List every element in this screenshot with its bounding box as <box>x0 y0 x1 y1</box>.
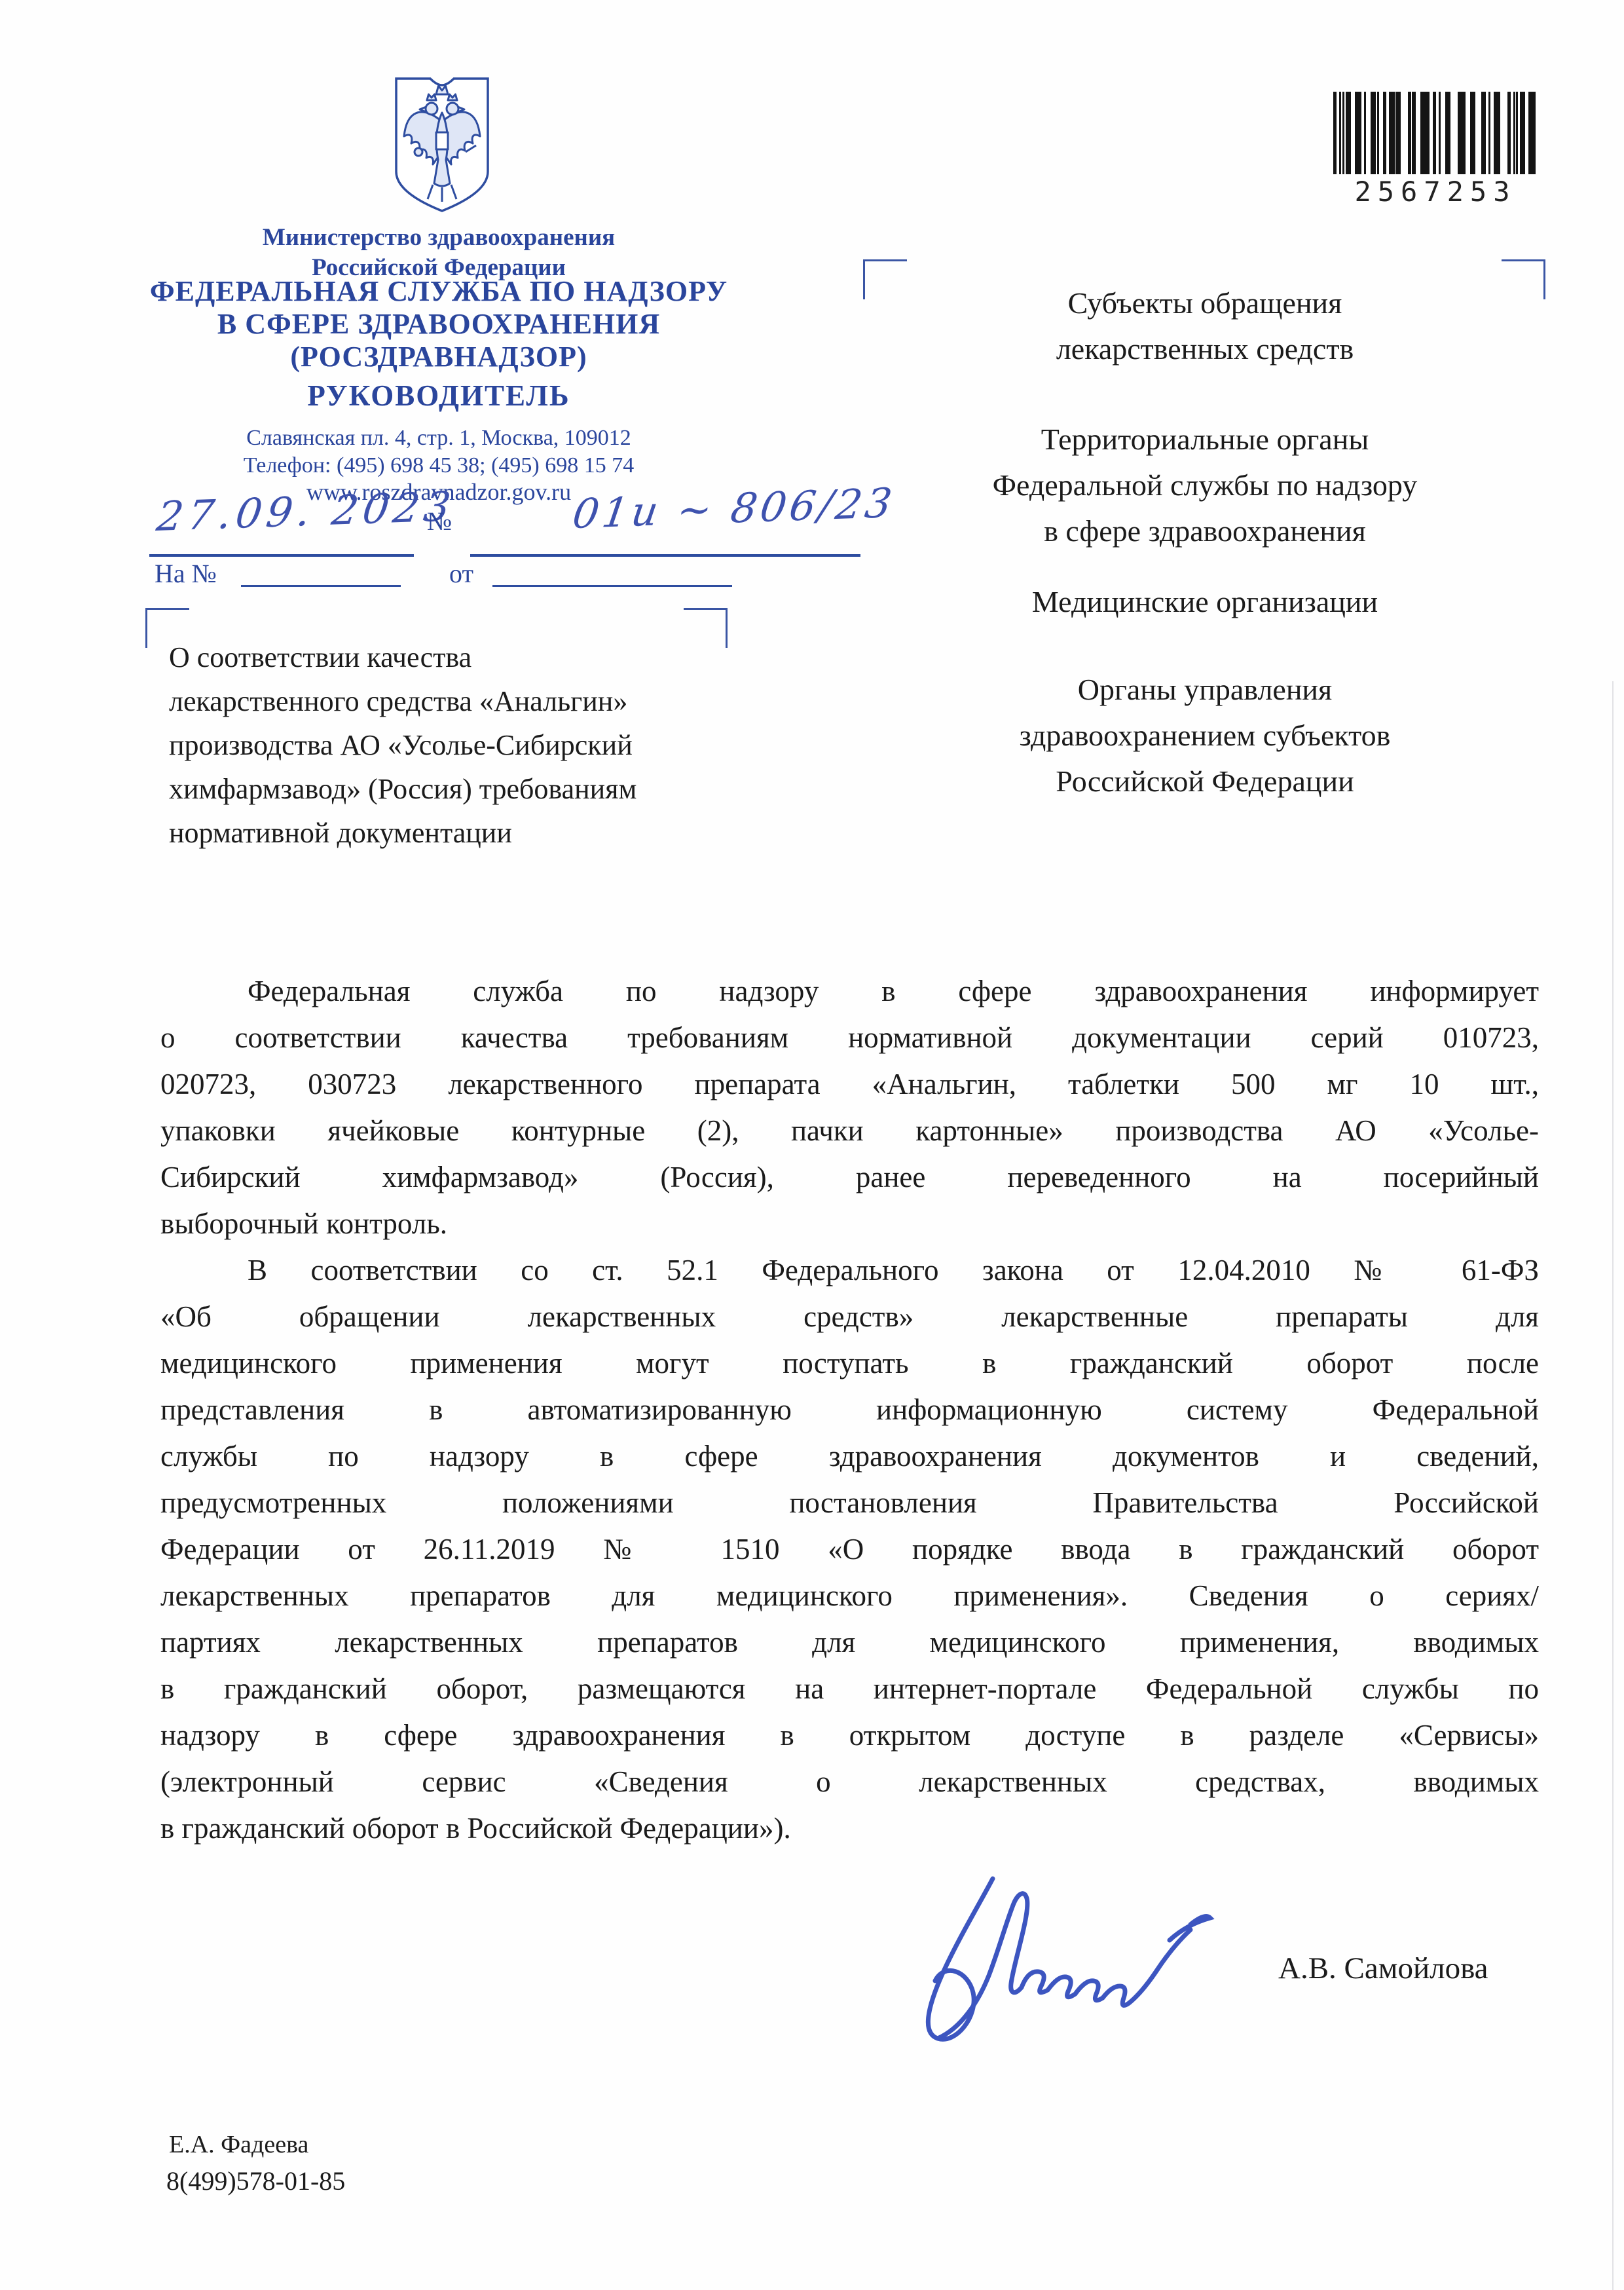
text-line: Органы управления <box>845 667 1565 713</box>
signature-stroke-icon <box>915 1864 1223 2061</box>
text-line: лекарственных средств <box>845 326 1565 372</box>
text-line: партиях лекарственных препаратов для мед… <box>160 1619 1539 1666</box>
text-line: нормативной документации <box>169 811 739 855</box>
org-address: Славянская пл. 4, стр. 1, Москва, 109012 <box>118 426 760 451</box>
org-phone: Телефон: (495) 698 45 38; (495) 698 15 7… <box>118 453 760 478</box>
executor-name: Е.А. Фадеева <box>169 2126 308 2163</box>
text-line: Федеральная служба по надзору в сфере зд… <box>160 968 1539 1015</box>
text-line: представления в автоматизированную инфор… <box>160 1387 1539 1433</box>
reply-date-underline <box>492 585 732 587</box>
text-line: службы по надзору в сфере здравоохранени… <box>160 1433 1539 1480</box>
reply-prefix: На № <box>155 558 217 589</box>
text-line: О соответствии качества <box>169 635 739 679</box>
text-line: Территориальные органы <box>845 417 1565 462</box>
scan-edge-artifact <box>1612 681 1614 2290</box>
signer-name: А.В. Самойлова <box>1278 1951 1488 1986</box>
text-line: Федеральной службы по надзору <box>845 462 1565 508</box>
barcode-number: 2567253 <box>1333 176 1538 208</box>
text-line: В соответствии со ст. 52.1 Федерального … <box>160 1247 1539 1294</box>
text-line: 020723, 030723 лекарственного препарата … <box>160 1061 1539 1108</box>
text-line: «Об обращении лекарственных средств» лек… <box>160 1294 1539 1340</box>
service-name-line2: В СФЕРЕ ЗДРАВООХРАНЕНИЯ <box>118 309 760 339</box>
service-name-line1: ФЕДЕРАЛЬНАЯ СЛУЖБА ПО НАДЗОРУ <box>118 276 760 307</box>
recipient-group-health-authorities: Органы управленияздравоохранением субъек… <box>845 667 1565 804</box>
number-sign: № <box>427 506 452 536</box>
body-paragraph-1: Федеральная служба по надзору в сфере зд… <box>160 968 1539 1247</box>
body-paragraph-2: В соответствии со ст. 52.1 Федерального … <box>160 1247 1539 1852</box>
text-line: надзору в сфере здравоохранения в открыт… <box>160 1712 1539 1759</box>
recipient-group-drug-subjects: Субъекты обращениялекарственных средств <box>845 280 1565 372</box>
text-line: Федерации от 26.11.2019 № 1510 «О порядк… <box>160 1526 1539 1573</box>
text-line: медицинского применения могут поступать … <box>160 1340 1539 1387</box>
text-line: Медицинские организации <box>845 579 1565 625</box>
outgoing-date-handwritten: 27.09. 2023 <box>154 482 458 540</box>
text-line: лекарственного средства «Анальгин» <box>169 679 739 723</box>
text-line: производства АО «Усолье-Сибирский <box>169 723 739 767</box>
date-underline <box>149 554 414 557</box>
recipient-group-territorial-bodies: Территориальные органыФедеральной службы… <box>845 417 1565 554</box>
text-line: Российской Федерации <box>845 759 1565 804</box>
text-line: химфармзавод» (Россия) требованиям <box>169 767 739 811</box>
service-name-line3: (РОСЗДРАВНАДЗОР) <box>118 342 760 372</box>
recipient-group-medical-organizations: Медицинские организации <box>845 579 1565 625</box>
number-underline <box>470 554 860 557</box>
text-line: о соответствии качества требованиям норм… <box>160 1015 1539 1061</box>
text-line: упаковки ячейковые контурные (2), пачки … <box>160 1108 1539 1154</box>
text-line: в гражданский оборот, размещаются на инт… <box>160 1666 1539 1712</box>
reply-from-label: от <box>449 558 473 589</box>
text-line: лекарственных препаратов для медицинског… <box>160 1573 1539 1619</box>
subject-block: О соответствии качествалекарственного ср… <box>169 635 739 855</box>
text-line: (электронный сервис «Сведения о лекарств… <box>160 1759 1539 1805</box>
executor-phone: 8(499)578-01-85 <box>166 2163 345 2200</box>
text-line: предусмотренных положениями постановлени… <box>160 1480 1539 1526</box>
coat-of-arms-icon <box>390 72 494 217</box>
scanned-letter-page: 2567253 Министерство здравоохранения Рос… <box>0 0 1624 2290</box>
text-line: в сфере здравоохранения <box>845 508 1565 554</box>
reply-number-underline <box>241 585 401 587</box>
text-line: Сибирский химфармзавод» (Россия), ранее … <box>160 1154 1539 1201</box>
text-line: в гражданский оборот в Российской Федера… <box>160 1805 1539 1852</box>
text-line: здравоохранением субъектов <box>845 713 1565 759</box>
post-title: РУКОВОДИТЕЛЬ <box>118 379 760 413</box>
text-line: выборочный контроль. <box>160 1201 1539 1247</box>
barcode-icon <box>1333 92 1538 174</box>
ministry-name-line1: Министерство здравоохранения <box>118 223 760 252</box>
text-line: Субъекты обращения <box>845 280 1565 326</box>
